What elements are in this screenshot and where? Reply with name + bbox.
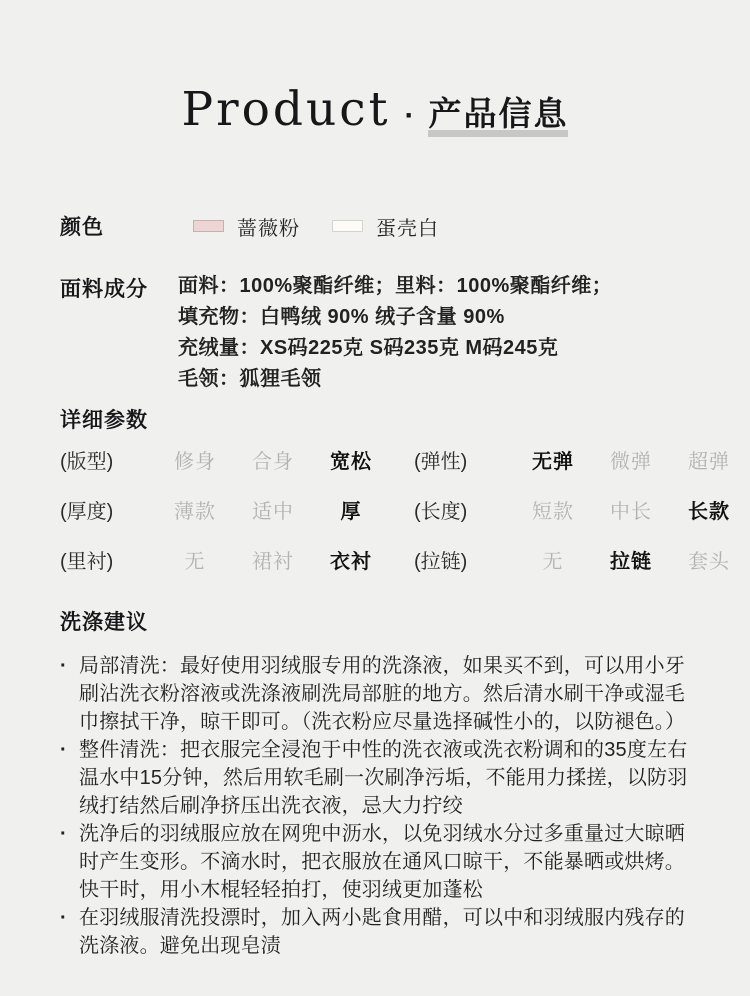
param-lining-option-skirt: 裙衬 bbox=[234, 545, 312, 574]
param-lining-label: (里衬) bbox=[60, 545, 156, 574]
param-fit-option-loose: 宽松 bbox=[312, 445, 390, 474]
washing-tip-drying: · 洗净后的羽绒服应放在网兜中沥水，以免羽绒水分过多重量过大晾晒时产生变形。不滴… bbox=[60, 820, 690, 904]
color-section: 颜色 蔷薇粉 蛋壳白 bbox=[60, 211, 690, 241]
bullet-dot: · bbox=[60, 652, 67, 680]
washing-tip-text: 整件清洗：把衣服完全浸泡于中性的洗衣液或洗衣粉调和的35度左右温水中15分钟，然… bbox=[79, 739, 687, 817]
rose-pink-label: 蔷薇粉 bbox=[237, 212, 300, 241]
washing-tip-full-wash: · 整件清洗：把衣服完全浸泡于中性的洗衣液或洗衣粉调和的35度左右温水中15分钟… bbox=[60, 736, 690, 820]
param-elasticity-option-none: 无弹 bbox=[514, 445, 592, 474]
param-length-option-long: 长款 bbox=[670, 495, 748, 524]
param-length-option-short: 短款 bbox=[514, 495, 592, 524]
washing-section-heading: 洗涤建议 bbox=[60, 606, 690, 636]
param-length-label: (长度) bbox=[414, 495, 514, 524]
param-row-lining-zipper: (里衬) 无 裙衬 衣衬 (拉链) 无 拉链 套头 bbox=[60, 534, 690, 584]
param-length: (长度) 短款 中长 长款 bbox=[414, 495, 748, 524]
color-option-eggshell-white: 蛋壳白 bbox=[332, 212, 439, 241]
washing-tip-spot-clean: · 局部清洗：最好使用羽绒服专用的洗涤液，如果买不到，可以用小牙刷沾洗衣粉溶液或… bbox=[60, 652, 690, 736]
param-length-option-mid: 中长 bbox=[592, 495, 670, 524]
param-thickness-label: (厚度) bbox=[60, 495, 156, 524]
bullet-dot: · bbox=[60, 904, 67, 932]
param-row-fit-elasticity: (版型) 修身 合身 宽松 (弹性) 无弹 微弹 超弹 bbox=[60, 434, 690, 484]
eggshell-white-label: 蛋壳白 bbox=[376, 212, 439, 241]
washing-suggestions-list: · 局部清洗：最好使用羽绒服专用的洗涤液，如果买不到，可以用小牙刷沾洗衣粉溶液或… bbox=[60, 652, 690, 960]
param-zipper-option-none: 无 bbox=[514, 545, 592, 574]
param-thickness-option-thick: 厚 bbox=[312, 495, 390, 524]
param-zipper-option-pullover: 套头 bbox=[670, 545, 748, 574]
param-lining: (里衬) 无 裙衬 衣衬 bbox=[60, 545, 414, 574]
fabric-line-shell: 面料：100%聚酯纤维；里料：100%聚酯纤维； bbox=[178, 271, 690, 302]
title-separator-dot: · bbox=[404, 101, 414, 131]
param-elasticity-option-slight: 微弹 bbox=[592, 445, 670, 474]
product-info-page: Product · 产品信息 颜色 蔷薇粉 蛋壳白 面料成分 面料：100%聚酯… bbox=[0, 86, 750, 960]
eggshell-white-swatch bbox=[332, 220, 363, 232]
param-thickness-option-medium: 适中 bbox=[234, 495, 312, 524]
param-thickness-option-thin: 薄款 bbox=[156, 495, 234, 524]
washing-tip-text: 在羽绒服清洗投漂时，加入两小匙食用醋，可以中和羽绒服内残存的洗涤液。避免出现皂渍 bbox=[79, 907, 685, 957]
rose-pink-swatch bbox=[193, 220, 224, 232]
param-fit-option-slim: 修身 bbox=[156, 445, 234, 474]
title-chinese: 产品信息 bbox=[428, 97, 568, 137]
washing-tip-text: 局部清洗：最好使用羽绒服专用的洗涤液，如果买不到，可以用小牙刷沾洗衣粉溶液或洗涤… bbox=[79, 655, 685, 733]
param-zipper-label: (拉链) bbox=[414, 545, 514, 574]
fabric-section-label: 面料成分 bbox=[60, 271, 178, 303]
param-elasticity: (弹性) 无弹 微弹 超弹 bbox=[414, 445, 748, 474]
params-section-heading: 详细参数 bbox=[60, 404, 690, 434]
param-fit-label: (版型) bbox=[60, 445, 156, 474]
fabric-details: 面料：100%聚酯纤维；里料：100%聚酯纤维； 填充物：白鸭绒 90% 绒子含… bbox=[178, 271, 690, 395]
param-elasticity-option-super: 超弹 bbox=[670, 445, 748, 474]
fabric-section: 面料成分 面料：100%聚酯纤维；里料：100%聚酯纤维； 填充物：白鸭绒 90… bbox=[60, 271, 690, 395]
param-fit-option-regular: 合身 bbox=[234, 445, 312, 474]
param-elasticity-label: (弹性) bbox=[414, 445, 514, 474]
param-thickness: (厚度) 薄款 适中 厚 bbox=[60, 495, 414, 524]
fabric-line-filling: 填充物：白鸭绒 90% 绒子含量 90% bbox=[178, 302, 690, 333]
washing-tip-vinegar-rinse: · 在羽绒服清洗投漂时，加入两小匙食用醋，可以中和羽绒服内残存的洗涤液。避免出现… bbox=[60, 904, 690, 960]
fabric-line-fill-weight: 充绒量：XS码225克 S码235克 M码245克 bbox=[178, 333, 690, 364]
param-zipper: (拉链) 无 拉链 套头 bbox=[414, 545, 748, 574]
param-zipper-option-zip: 拉链 bbox=[592, 545, 670, 574]
param-fit: (版型) 修身 合身 宽松 bbox=[60, 445, 414, 474]
bullet-dot: · bbox=[60, 820, 67, 848]
title-english: Product bbox=[182, 86, 391, 133]
param-row-thickness-length: (厚度) 薄款 适中 厚 (长度) 短款 中长 长款 bbox=[60, 484, 690, 534]
bullet-dot: · bbox=[60, 736, 67, 764]
fabric-line-fur-collar: 毛领：狐狸毛领 bbox=[178, 364, 690, 395]
param-lining-option-garment: 衣衬 bbox=[312, 545, 390, 574]
color-option-rose-pink: 蔷薇粉 bbox=[193, 212, 300, 241]
param-lining-option-none: 无 bbox=[156, 545, 234, 574]
color-section-label: 颜色 bbox=[60, 211, 193, 241]
washing-tip-text: 洗净后的羽绒服应放在网兜中沥水，以免羽绒水分过多重量过大晾晒时产生变形。不滴水时… bbox=[79, 823, 685, 901]
page-title: Product · 产品信息 bbox=[60, 86, 690, 137]
